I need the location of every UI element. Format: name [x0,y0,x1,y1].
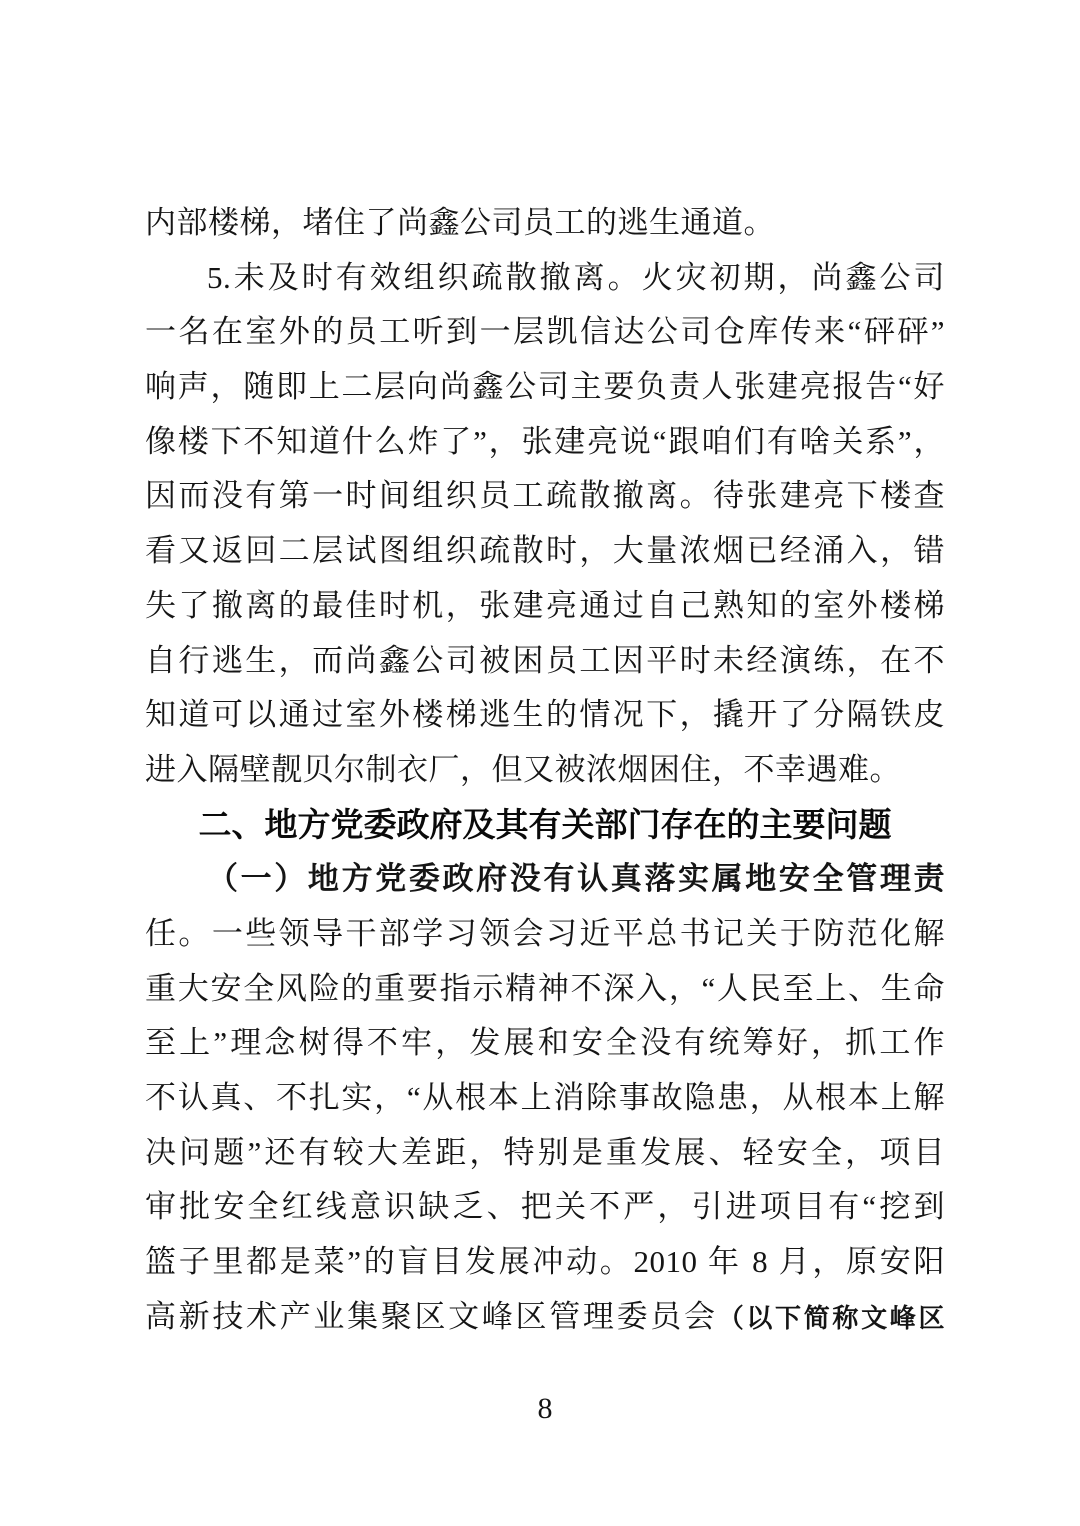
paragraph-line: 不认真、不扎实，“从根本上消除事故隐患，从根本上解 [145,1071,945,1126]
paragraph-line: 篮子里都是菜”的盲目发展冲动。2010 年 8 月，原安阳 [145,1235,945,1290]
document-page: 内部楼梯，堵住了尚鑫公司员工的逃生通道。 5.未及时有效组织疏散撤离。火灾初期，… [0,0,1080,1526]
paragraph-start-line: 5.未及时有效组织疏散撤离。火灾初期，尚鑫公司 [145,251,945,306]
paragraph-line: 一名在室外的员工听到一层凯信达公司仓库传来“砰砰” [145,305,945,360]
paragraph-line: 知道可以通过室外楼梯逃生的情况下，撬开了分隔铁皮 [145,688,945,743]
paragraph-line: 自行逃生，而尚鑫公司被困员工因平时未经演练，在不 [145,634,945,689]
paragraph-line: 失了撤离的最佳时机，张建亮通过自己熟知的室外楼梯 [145,579,945,634]
paragraph-line: 至上”理念树得不牢，发展和安全没有统筹好，抓工作 [145,1016,945,1071]
paragraph-line: 高新技术产业集聚区文峰区管理委员会（以下简称文峰区 [145,1290,945,1345]
page-number: 8 [145,1392,945,1426]
paragraph-line: 重大安全风险的重要指示精神不深入，“人民至上、生命 [145,962,945,1017]
paragraph-line: 看又返回二层试图组织疏散时，大量浓烟已经涌入，错 [145,524,945,579]
paragraph-end-line: 内部楼梯，堵住了尚鑫公司员工的逃生通道。 [145,196,945,251]
paragraph-text: 高新技术产业集聚区文峰区管理委员会 [145,1299,718,1334]
paragraph-line: 任。一些领导干部学习领会习近平总书记关于防范化解 [145,907,945,962]
document-text: 内部楼梯，堵住了尚鑫公司员工的逃生通道。 5.未及时有效组织疏散撤离。火灾初期，… [145,196,945,1344]
paragraph-line: 响声，随即上二层向尚鑫公司主要负责人张建亮报告“好 [145,360,945,415]
paragraph-line: 像楼下不知道什么炸了”，张建亮说“跟咱们有啥关系”， [145,415,945,470]
paragraph-line: 因而没有第一时间组织员工疏散撤离。待张建亮下楼查 [145,469,945,524]
paragraph-line: 决问题”还有较大差距，特别是重发展、轻安全，项目 [145,1126,945,1181]
section-heading: 二、地方党委政府及其有关部门存在的主要问题 [145,798,945,853]
subsection-heading-line: （一）地方党委政府没有认真落实属地安全管理责 [145,852,945,907]
paragraph-end-line: 进入隔壁靓贝尔制衣厂，但又被浓烟困住，不幸遇难。 [145,743,945,798]
paragraph-line: 审批安全红线意识缺乏、把关不严，引进项目有“挖到 [145,1180,945,1235]
inline-annotation: （以下简称文峰区 [718,1304,945,1333]
